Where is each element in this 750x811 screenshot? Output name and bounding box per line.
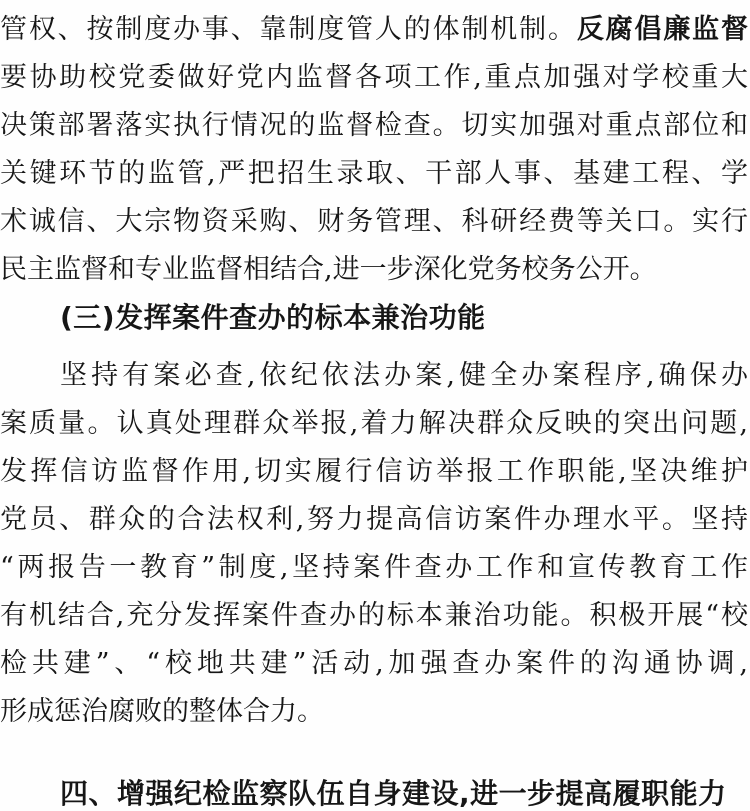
body-text-run: 党员、群众的合法权利,努力提高信访案件办理水平。坚持: [0, 504, 748, 535]
bold-text-run: 四、增强纪检监察队伍自身建设,进一步提高履职能力: [60, 777, 727, 810]
body-text-run: 民主监督和专业监督相结合,进一步深化党务校务公开。: [0, 254, 657, 285]
text-line: 管权、按制度办事、靠制度管人的体制机制。反腐倡廉监督: [0, 6, 750, 54]
body-text-run: 坚持有案必查,依纪依法办案,健全办案程序,确保办: [60, 360, 748, 391]
body-text-run: 管权、按制度办事、靠制度管人的体制机制。: [0, 14, 577, 45]
text-line: 党员、群众的合法权利,努力提高信访案件办理水平。坚持: [0, 496, 750, 544]
text-line: 关键环节的监管,严把招生录取、干部人事、基建工程、学: [0, 150, 750, 198]
text-line: 有机结合,充分发挥案件查办的标本兼治功能。积极开展“校: [0, 592, 750, 640]
text-line: 要协助校党委做好党内监督各项工作,重点加强对学校重大: [0, 54, 750, 102]
heading-line: (三)发挥案件查办的标本兼治功能: [0, 294, 750, 342]
body-text-run: “两报告一教育”制度,坚持案件查办工作和宣传教育工作: [0, 552, 748, 583]
body-text-run: 术诚信、大宗物资采购、财务管理、科研经费等关口。实行: [0, 206, 748, 237]
text-line: 案质量。认真处理群众举报,着力解决群众反映的突出问题,: [0, 400, 750, 448]
body-text-run: 案质量。认真处理群众举报,着力解决群众反映的突出问题,: [0, 408, 748, 439]
text-line: 术诚信、大宗物资采购、财务管理、科研经费等关口。实行: [0, 198, 750, 246]
document-body: 管权、按制度办事、靠制度管人的体制机制。反腐倡廉监督要协助校党委做好党内监督各项…: [0, 6, 750, 811]
body-text-run: 检共建”、“校地共建”活动,加强查办案件的沟通协调,: [0, 648, 748, 679]
text-line: 发挥信访监督作用,切实履行信访举报工作职能,坚决维护: [0, 448, 750, 496]
heading-line: 四、增强纪检监察队伍自身建设,进一步提高履职能力: [0, 770, 750, 811]
body-text-run: 形成惩治腐败的整体合力。: [0, 696, 324, 727]
text-line: 形成惩治腐败的整体合力。: [0, 688, 750, 736]
body-text-run: 有机结合,充分发挥案件查办的标本兼治功能。积极开展“校: [0, 600, 748, 631]
body-text-run: 关键环节的监管,严把招生录取、干部人事、基建工程、学: [0, 158, 748, 189]
bold-text-run: 反腐倡廉监督: [577, 14, 748, 45]
text-line: 决策部署落实执行情况的监督检查。切实加强对重点部位和: [0, 102, 750, 150]
bold-text-run: (三)发挥案件查办的标本兼治功能: [60, 301, 486, 334]
text-line: 检共建”、“校地共建”活动,加强查办案件的沟通协调,: [0, 640, 750, 688]
body-text-run: 要协助校党委做好党内监督各项工作,重点加强对学校重大: [0, 62, 748, 93]
text-line: “两报告一教育”制度,坚持案件查办工作和宣传教育工作: [0, 544, 750, 592]
text-line: 坚持有案必查,依纪依法办案,健全办案程序,确保办: [0, 352, 750, 400]
body-text-run: 决策部署落实执行情况的监督检查。切实加强对重点部位和: [0, 110, 748, 141]
document-page: 管权、按制度办事、靠制度管人的体制机制。反腐倡廉监督要协助校党委做好党内监督各项…: [0, 0, 750, 811]
body-text-run: 发挥信访监督作用,切实履行信访举报工作职能,坚决维护: [0, 456, 748, 487]
text-line: 民主监督和专业监督相结合,进一步深化党务校务公开。: [0, 246, 750, 294]
